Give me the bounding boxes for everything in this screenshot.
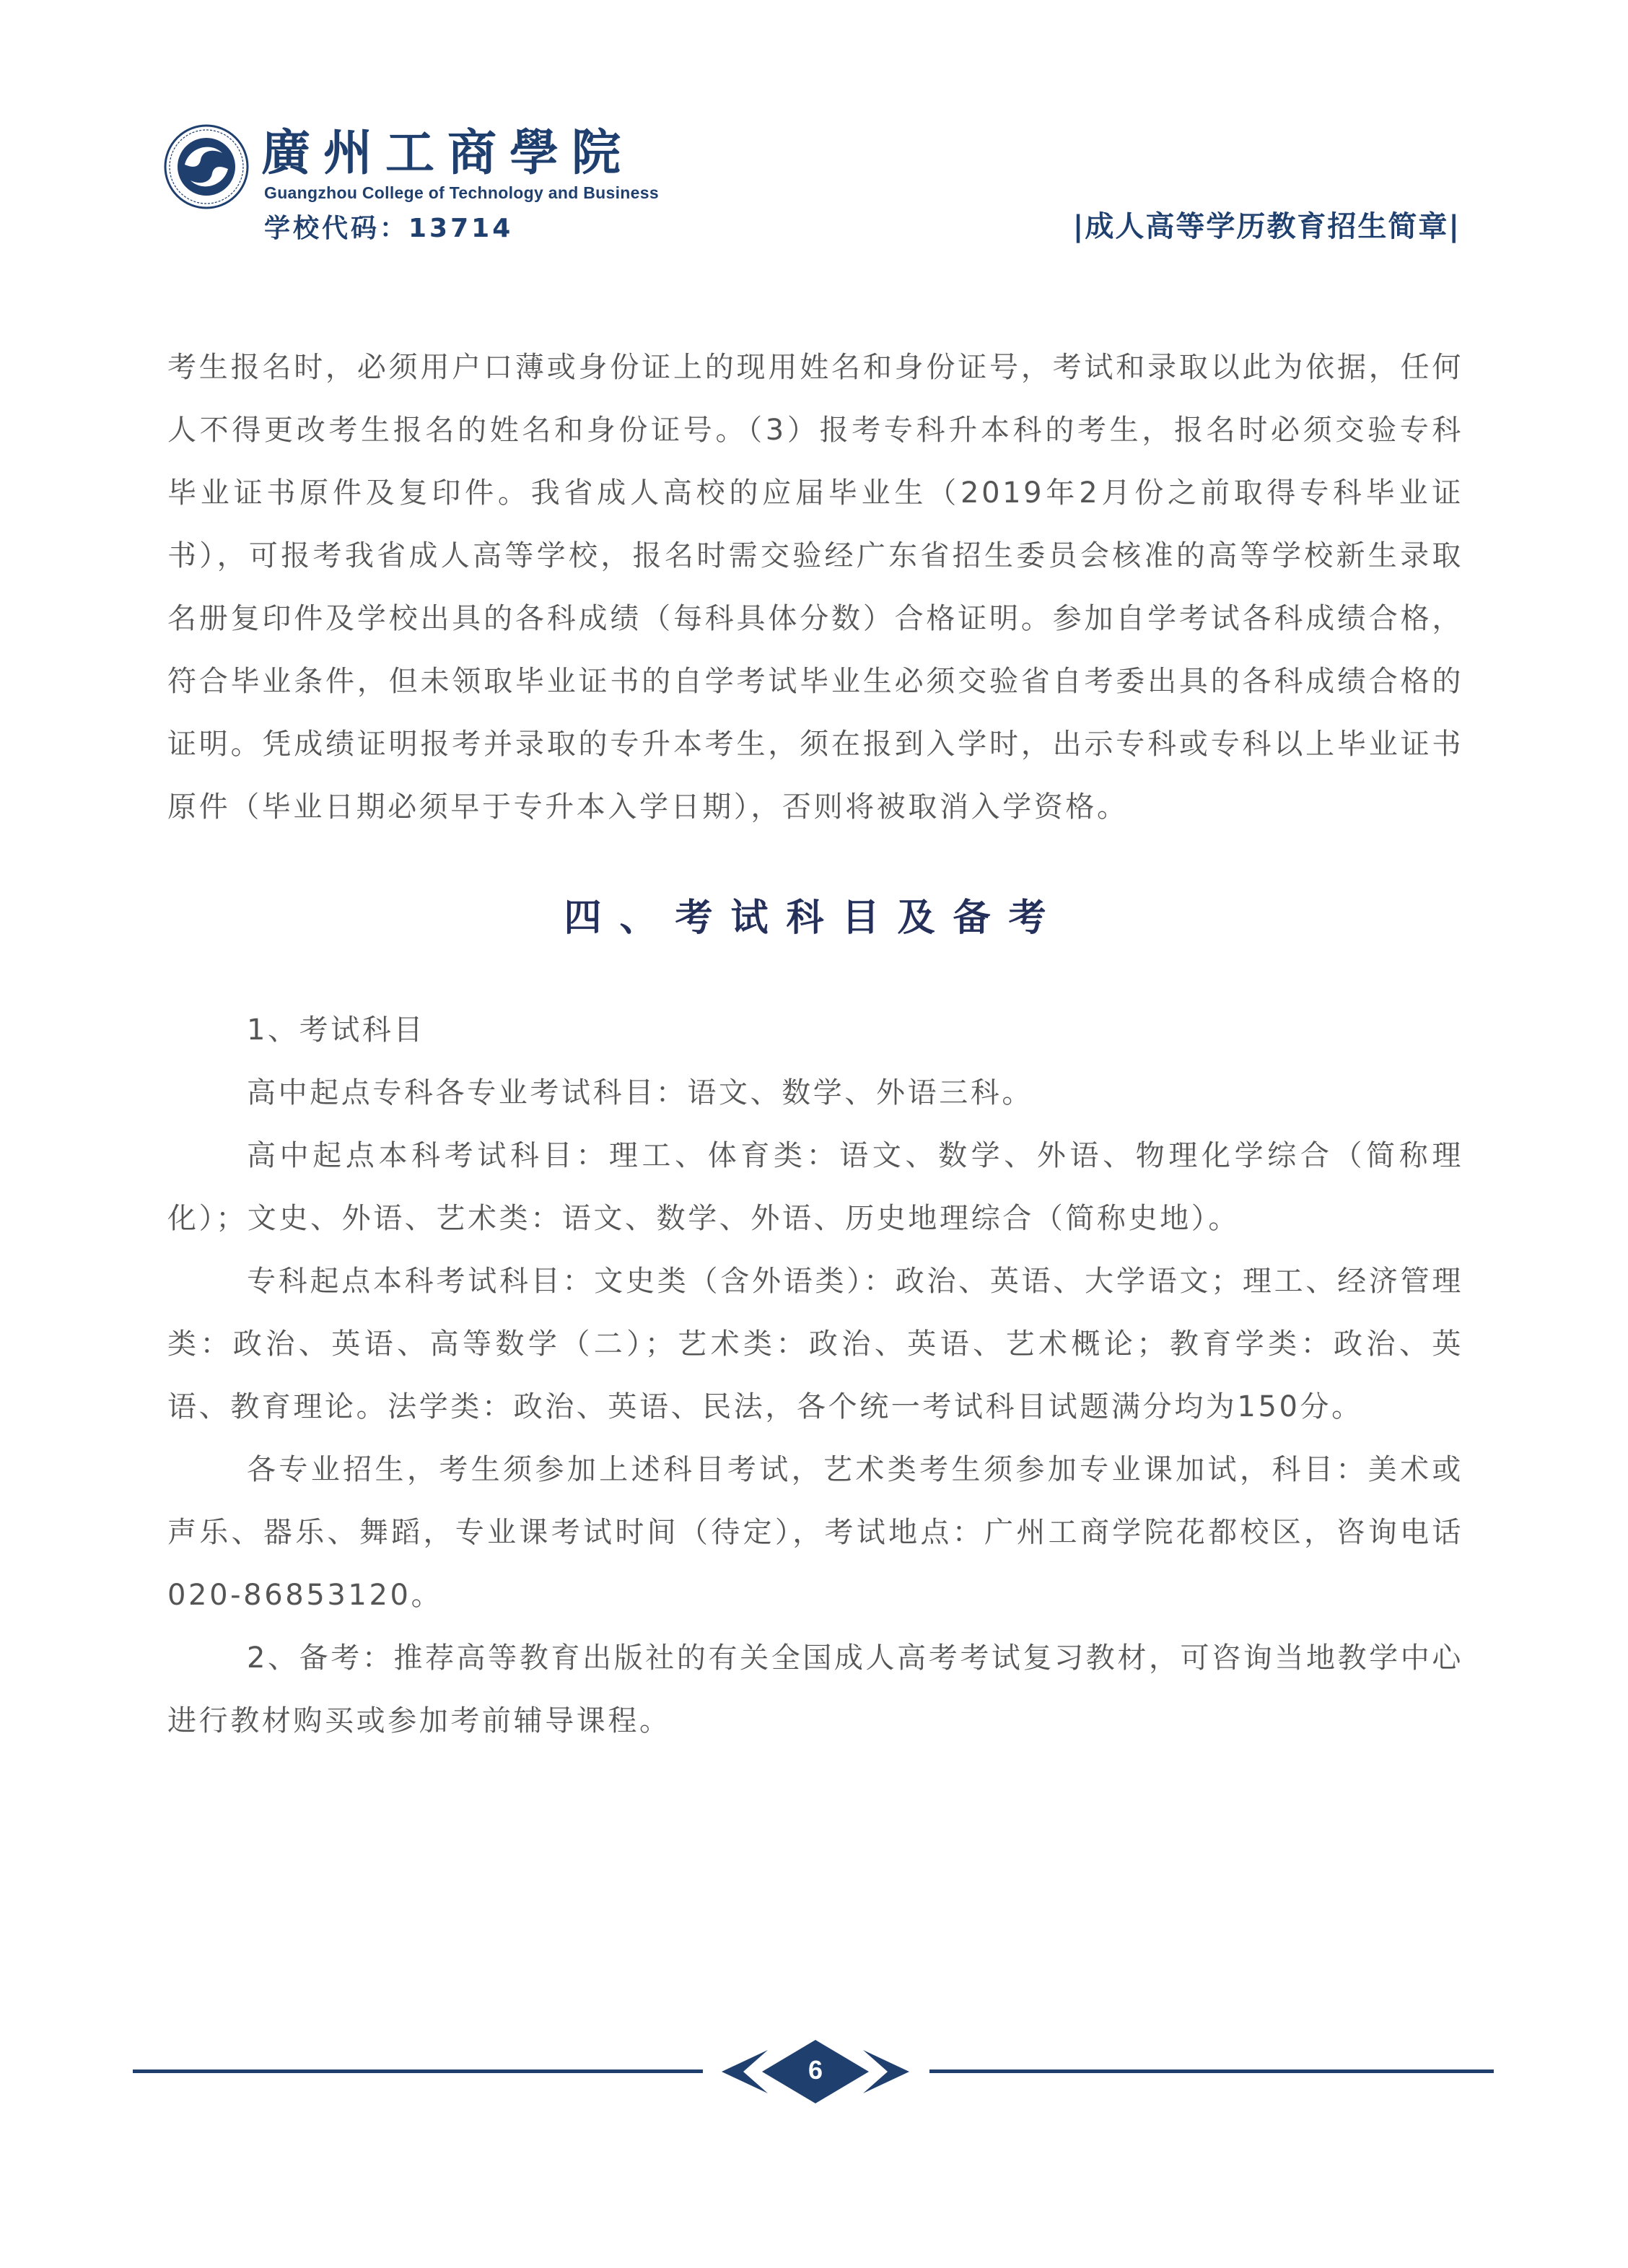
- exam-subjects-section: 1、考试科目 高中起点专科各专业考试科目：语文、数学、外语三科。 高中起点本科考…: [167, 999, 1463, 1753]
- intro-paragraph: 考生报名时，必须用户口薄或身份证上的现用姓名和身份证号，考试和录取以此为依据，任…: [167, 336, 1463, 839]
- document-type-title: |成人高等学历教育招生简章|: [1073, 208, 1461, 245]
- paragraph-high-school-bachelor: 高中起点本科考试科目：理工、体育类：语文、数学、外语、物理化学综合（简称理化）；…: [167, 1125, 1463, 1250]
- section-title: 四、考试科目及备考: [0, 889, 1628, 947]
- institution-name-en: Guangzhou College of Technology and Busi…: [264, 182, 659, 204]
- page-header: 廣州工商學院 Guangzhou College of Technology a…: [0, 0, 1628, 260]
- institution-name-cn: 廣州工商學院: [261, 124, 634, 182]
- subsection-heading: 1、考试科目: [167, 999, 1463, 1062]
- paragraph-junior-college: 高中起点专科各专业考试科目：语文、数学、外语三科。: [167, 1062, 1463, 1125]
- footer-divider-right: [929, 2069, 1494, 2073]
- paragraph-college-to-bachelor: 专科起点本科考试科目：文史类（含外语类）：政治、英语、大学语文；理工、经济管理类…: [167, 1250, 1463, 1439]
- paragraph-preparation: 2、备考：推荐高等教育出版社的有关全国成人高考考试复习教材，可咨询当地教学中心进…: [167, 1627, 1463, 1753]
- footer-divider-left: [133, 2069, 703, 2073]
- intro-section: 考生报名时，必须用户口薄或身份证上的现用姓名和身份证号，考试和录取以此为依据，任…: [167, 336, 1463, 839]
- college-emblem-icon: [163, 123, 250, 211]
- page-number: 6: [779, 2051, 852, 2089]
- paragraph-art-exams: 各专业招生，考生须参加上述科目考试，艺术类考生须参加专业课加试，科目：美术或声乐…: [167, 1439, 1463, 1627]
- school-code: 学校代码：13714: [264, 212, 513, 245]
